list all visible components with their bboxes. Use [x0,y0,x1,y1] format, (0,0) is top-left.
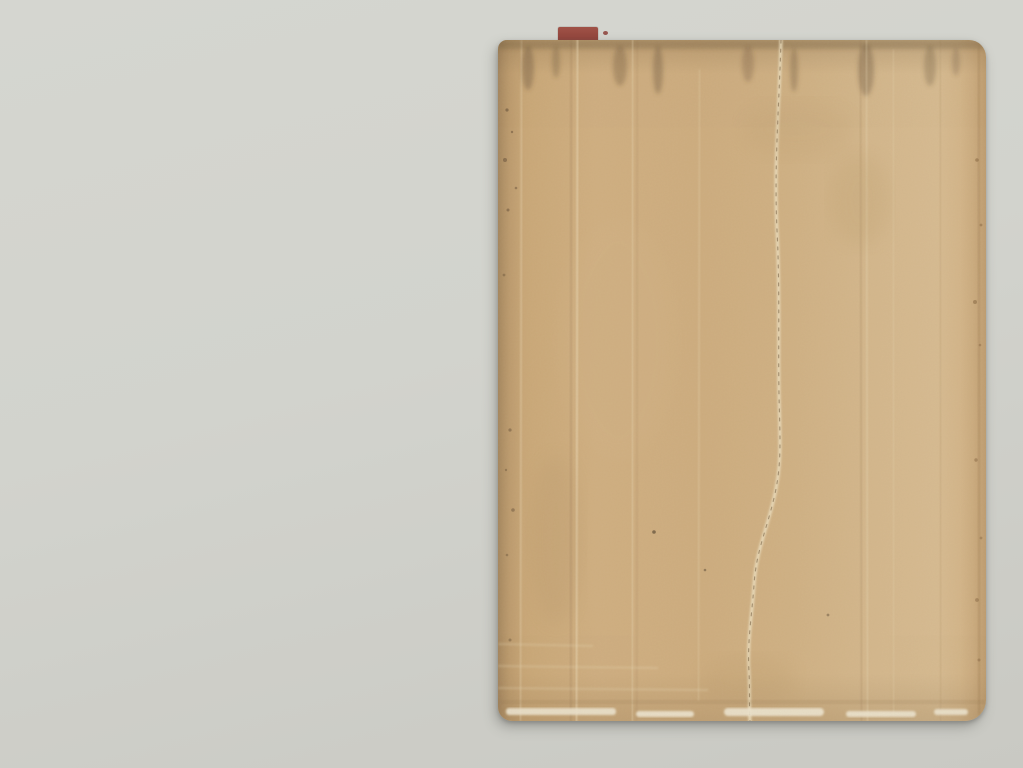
photo-background-surface [0,0,1023,768]
book-cover-texture [498,40,986,721]
red-speck [603,31,608,35]
aged-book-cover [498,40,986,721]
paper-grain-light [498,40,986,721]
